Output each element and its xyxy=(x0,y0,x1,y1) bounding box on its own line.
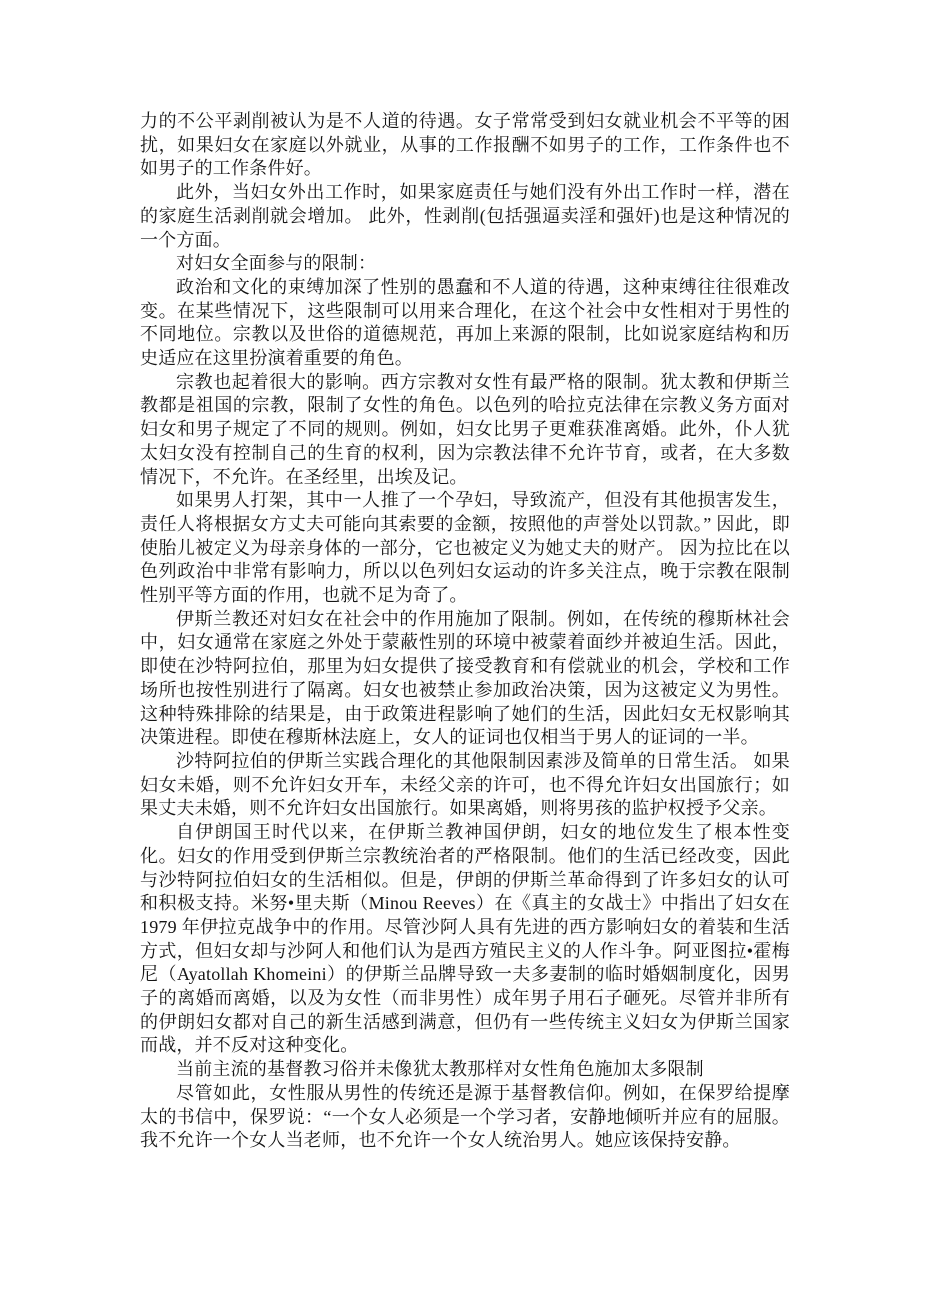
paragraph: 如果男人打架，其中一人推了一个孕妇，导致流产，但没有其他损害发生，责任人将根据女… xyxy=(140,489,790,608)
paragraph: 宗教也起着很大的影响。西方宗教对女性有最严格的限制。犹太教和伊斯兰教都是祖国的宗… xyxy=(140,371,790,490)
paragraph: 伊斯兰教还对妇女在社会中的作用施加了限制。例如，在传统的穆斯林社会中，妇女通常在… xyxy=(140,608,790,750)
document-page: 力的不公平剥削被认为是不人道的待遇。女子常常受到妇女就业机会不平等的困扰，如果妇… xyxy=(0,0,926,1309)
paragraph: 沙特阿拉伯的伊斯兰实践合理化的其他限制因素涉及简单的日常生活。 如果妇女未婚，则… xyxy=(140,750,790,821)
paragraph: 自伊朗国王时代以来，在伊斯兰教神国伊朗，妇女的地位发生了根本性变化。妇女的作用受… xyxy=(140,821,790,1058)
paragraph: 政治和文化的束缚加深了性别的愚蠢和不人道的待遇，这种束缚往往很难改变。在某些情况… xyxy=(140,276,790,371)
paragraph: 尽管如此，女性服从男性的传统还是源于基督教信仰。例如，在保罗给提摩太的书信中，保… xyxy=(140,1082,790,1153)
paragraph-heading-restrictions: 对妇女全面参与的限制： xyxy=(140,252,790,276)
paragraph: 此外，当妇女外出工作时，如果家庭责任与她们没有外出工作时一样，潜在的家庭生活剥削… xyxy=(140,181,790,252)
text-block: 力的不公平剥削被认为是不人道的待遇。女子常常受到妇女就业机会不平等的困扰，如果妇… xyxy=(140,110,790,1153)
paragraph-continuation: 力的不公平剥削被认为是不人道的待遇。女子常常受到妇女就业机会不平等的困扰，如果妇… xyxy=(140,110,790,181)
paragraph: 当前主流的基督教习俗并未像犹太教那样对女性角色施加太多限制 xyxy=(140,1058,790,1082)
